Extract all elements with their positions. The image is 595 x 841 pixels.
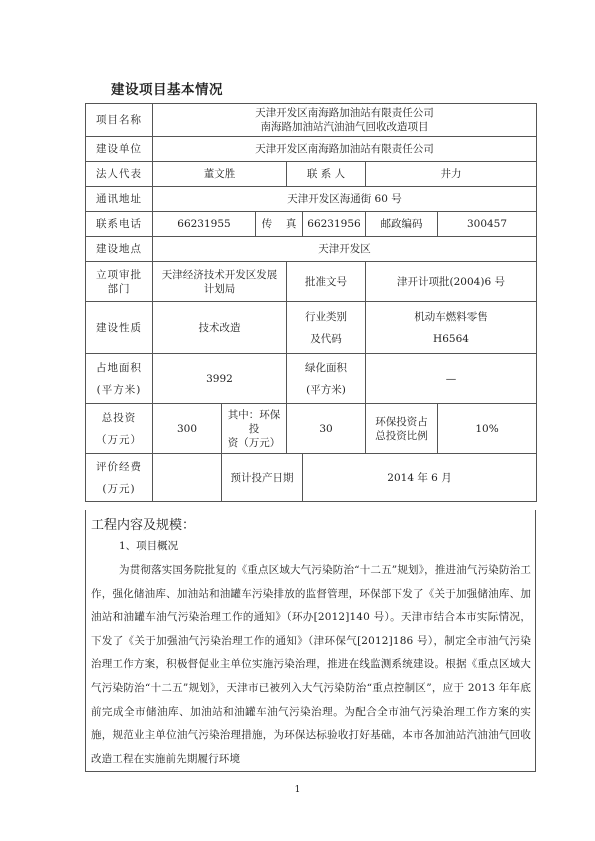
subsection-title: 1、项目概况 [119,538,178,553]
green-label-line2: (平方米) [289,379,363,401]
page-title: 建设项目基本情况 [111,78,223,98]
industry-label-line2: 及代码 [289,328,363,350]
label-site: 建设地点 [86,237,153,262]
value-green-area: — [366,354,537,404]
industry-label-line1: 行业类别 [289,306,363,328]
ratio-label-line1: 环保投资占 [368,415,435,429]
label-green-area: 绿化面积 (平方米) [287,354,366,404]
page-number: 1 [0,785,595,795]
row-investment: 总投资 （万元） 300 其中：环保投 资（万元） 30 环保投资占 总投资比例… [86,404,537,454]
value-industry: 机动车燃料零售 H6564 [366,302,537,354]
eval-label-line2: (万元) [88,478,150,500]
row-area: 占地面积 (平方米) 3992 绿化面积 (平方米) — [86,354,537,404]
row-site: 建设地点 天津开发区 [86,237,537,262]
row-project-name: 项目名称 天津开发区南海路加油站有限责任公司 南海路加油站汽油油气回收改造项目 [86,104,537,137]
value-investment: 300 [153,404,222,454]
env-label-line1: 其中：环保投 [224,408,284,436]
value-nature: 技术改造 [153,302,287,354]
value-construction-unit: 天津开发区南海路加油站有限责任公司 [153,137,537,162]
row-legal-rep: 法人代表 董文胜 联 系 人 井力 [86,162,537,187]
row-phone: 联系电话 66231955 传 真 66231956 邮政编码 300457 [86,212,537,237]
approval-dept-line2: 计划局 [155,282,284,296]
area-label-line2: (平方米) [88,379,150,401]
project-name-line1: 天津开发区南海路加油站有限责任公司 [155,106,534,120]
value-legal-rep: 董文胜 [153,162,287,187]
value-area: 3992 [153,354,287,404]
industry-line1: 机动车燃料零售 [368,306,534,328]
row-eval: 评价经费 (万元) 预计投产日期 2014 年 6 月 [86,454,537,502]
project-info-table: 项目名称 天津开发区南海路加油站有限责任公司 南海路加油站汽油油气回收改造项目 … [85,103,537,502]
label-env-investment: 其中：环保投 资（万元） [222,404,287,454]
ratio-label-line2: 总投资比例 [368,429,435,443]
overview-paragraph: 为贯彻落实国务院批复的《重点区域大气污染防治“十二五”规划》，推进油气污染防治工… [91,559,531,771]
value-phone: 66231955 [153,212,256,237]
value-contact: 井力 [366,162,537,187]
value-approval-doc: 津开计项批(2004)6 号 [366,262,537,302]
label-nature: 建设性质 [86,302,153,354]
env-label-line2: 资（万元） [224,436,284,450]
project-content-section: 工程内容及规模： 1、项目概况 为贯彻落实国务院批复的《重点区域大气污染防治“十… [85,510,536,772]
row-address: 通讯地址 天津开发区海通街 60 号 [86,187,537,212]
industry-line2: H6564 [368,328,534,350]
value-production-date: 2014 年 6 月 [303,454,537,502]
value-address: 天津开发区海通街 60 号 [153,187,537,212]
label-construction-unit: 建设单位 [86,137,153,162]
investment-label-line2: （万元） [88,429,150,451]
value-project-name: 天津开发区南海路加油站有限责任公司 南海路加油站汽油油气回收改造项目 [153,104,537,137]
value-eval-cost [153,454,222,502]
label-env-ratio: 环保投资占 总投资比例 [366,404,438,454]
project-name-line2: 南海路加油站汽油油气回收改造项目 [155,120,534,134]
label-address: 通讯地址 [86,187,153,212]
investment-label-line1: 总投资 [88,407,150,429]
label-contact: 联 系 人 [287,162,366,187]
area-label-line1: 占地面积 [88,357,150,379]
value-approval-dept: 天津经济技术开发区发展 计划局 [153,262,287,302]
label-industry: 行业类别 及代码 [287,302,366,354]
value-fax: 66231956 [303,212,366,237]
label-approval: 立项审批 部门 [86,262,153,302]
row-approval: 立项审批 部门 天津经济技术开发区发展 计划局 批准文号 津开计项批(2004)… [86,262,537,302]
label-investment: 总投资 （万元） [86,404,153,454]
row-construction-unit: 建设单位 天津开发区南海路加油站有限责任公司 [86,137,537,162]
approval-label-line1: 立项审批 [88,268,150,282]
label-production-date: 预计投产日期 [222,454,303,502]
label-area: 占地面积 (平方米) [86,354,153,404]
label-phone: 联系电话 [86,212,153,237]
label-fax: 传 真 [256,212,303,237]
value-env-ratio: 10% [438,404,537,454]
label-postcode: 邮政编码 [366,212,438,237]
approval-label-line2: 部门 [88,282,150,296]
label-project-name: 项目名称 [86,104,153,137]
label-approval-doc: 批准文号 [287,262,366,302]
row-nature: 建设性质 技术改造 行业类别 及代码 机动车燃料零售 H6564 [86,302,537,354]
approval-dept-line1: 天津经济技术开发区发展 [155,268,284,282]
eval-label-line1: 评价经费 [88,456,150,478]
green-label-line1: 绿化面积 [289,357,363,379]
value-postcode: 300457 [438,212,537,237]
value-env-investment: 30 [287,404,366,454]
value-site: 天津开发区 [153,237,537,262]
section-title: 工程内容及规模： [91,514,195,533]
label-legal-rep: 法人代表 [86,162,153,187]
label-eval-cost: 评价经费 (万元) [86,454,153,502]
